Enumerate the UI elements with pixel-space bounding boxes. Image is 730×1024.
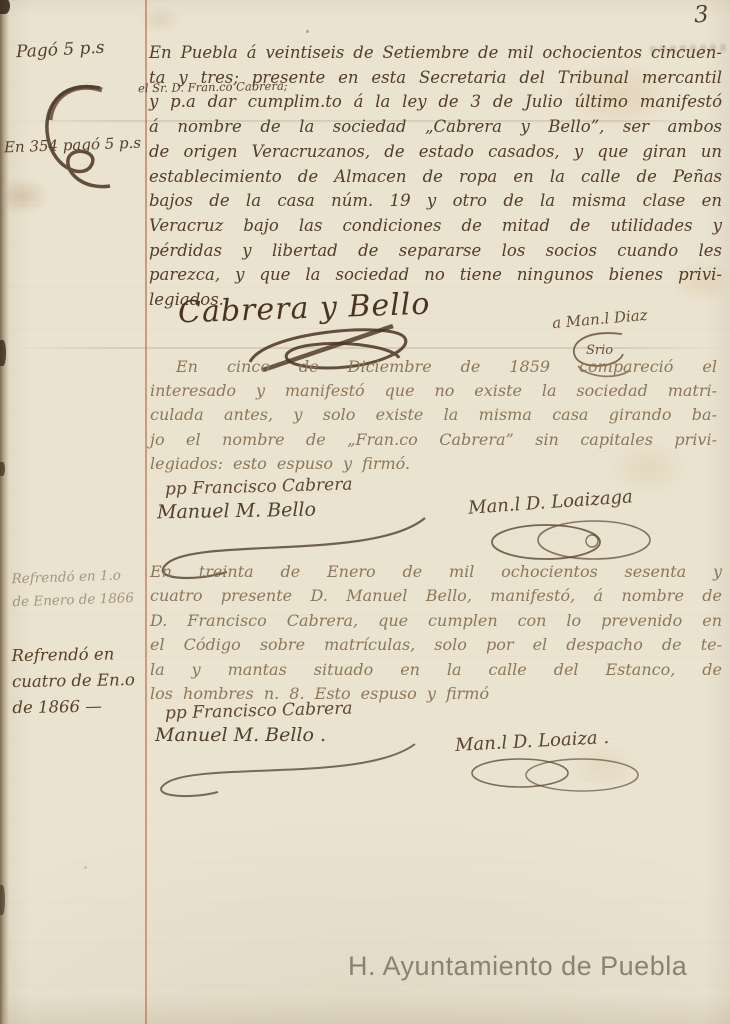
manuscript-line: de origen Veracruzanos, de estado casado… [149, 140, 722, 165]
margin-note-line: Refrendó en [11, 644, 114, 665]
manuscript-line: á nombre de la sociedad „Cabrera y Bello… [149, 115, 722, 140]
interline-insertion-note: el Sr. D. Fran.co Cabrera; [138, 79, 288, 96]
secretary-rubric-flourish [468, 753, 643, 795]
margin-note-line: Refrendó en 1.o [11, 567, 121, 587]
margin-note-refrendo-1866-faint: Refrendó en 1.o de Enero de 1866 [11, 564, 145, 615]
page-edge-tear [0, 340, 6, 366]
entry3-body: En treinta de Enero de mil ochocientos s… [150, 560, 722, 706]
manuscript-line: establecimiento de Almacen de ropa en la… [149, 165, 722, 190]
manuscript-line: legiados: esto espuso y firmó. [150, 452, 717, 476]
manuscript-line: culada antes, y solo existe la misma cas… [150, 403, 717, 427]
page-number: 3 [693, 2, 709, 29]
entry2-body: En cinco de Diciembre de 1859 compareció… [150, 355, 717, 476]
ink-speck [306, 30, 309, 33]
manuscript-line: cuatro presente D. Manuel Bello, manifes… [150, 584, 722, 608]
signature-francisco-cabrera: pp Francisco Cabrera [165, 475, 353, 500]
margin-note-line: cuatro de En.o [12, 670, 135, 691]
manuscript-line: bajos de la casa núm. 19 y otro de la mi… [149, 189, 722, 214]
manuscript-line: En treinta de Enero de mil ochocientos s… [150, 560, 722, 584]
manuscript-line: interesado y manifestó que no existe la … [150, 379, 717, 403]
archive-watermark: H. Ayuntamiento de Puebla [348, 951, 687, 982]
manuscript-line: parezca, y que la sociedad no tiene ning… [149, 263, 722, 288]
manuscript-line: En cinco de Diciembre de 1859 compareció… [150, 355, 717, 379]
signature-swoosh-flourish [130, 740, 430, 800]
secretary-rubric-flourish [488, 514, 653, 566]
manuscript-line: Veracruz bajo las condiciones de mitad d… [149, 214, 722, 239]
page-edge-tear [0, 885, 5, 915]
margin-note-line: de Enero de 1866 [12, 590, 134, 610]
manuscript-line: D. Francisco Cabrera, que cumplen con lo… [150, 609, 722, 633]
manuscript-line: pérdidas y libertad de separarse los soc… [149, 239, 722, 264]
manuscript-page: 3 Pagó 5 p.s En 354 pagó 5 p.s En Puebla… [0, 0, 730, 1024]
manuscript-line: En Puebla á veintiseis de Setiembre de m… [149, 41, 722, 66]
page-edge-tear [0, 462, 5, 476]
signature-secretary-loaiza: Man.l D. Loaiza . [455, 727, 610, 756]
manuscript-line: el Código sobre matrículas, solo por el … [150, 633, 722, 657]
manuscript-line: y p.a dar cumplim.to á la ley de 3 de Ju… [149, 90, 722, 115]
margin-note-line: de 1866 — [12, 697, 102, 718]
manuscript-line: la y mantas situado en la calle del Esta… [150, 658, 722, 682]
ink-speck [84, 866, 87, 869]
margin-note-pago: Pagó 5 p.s [16, 38, 105, 63]
signature-francisco-cabrera: pp Francisco Cabrera [165, 699, 353, 724]
manuscript-line: jo el nombre de „Fran.co Cabrera” sin ca… [150, 428, 717, 452]
margin-note-refrendo-1866: Refrendó en cuatro de En.o de 1866 — [11, 641, 147, 721]
